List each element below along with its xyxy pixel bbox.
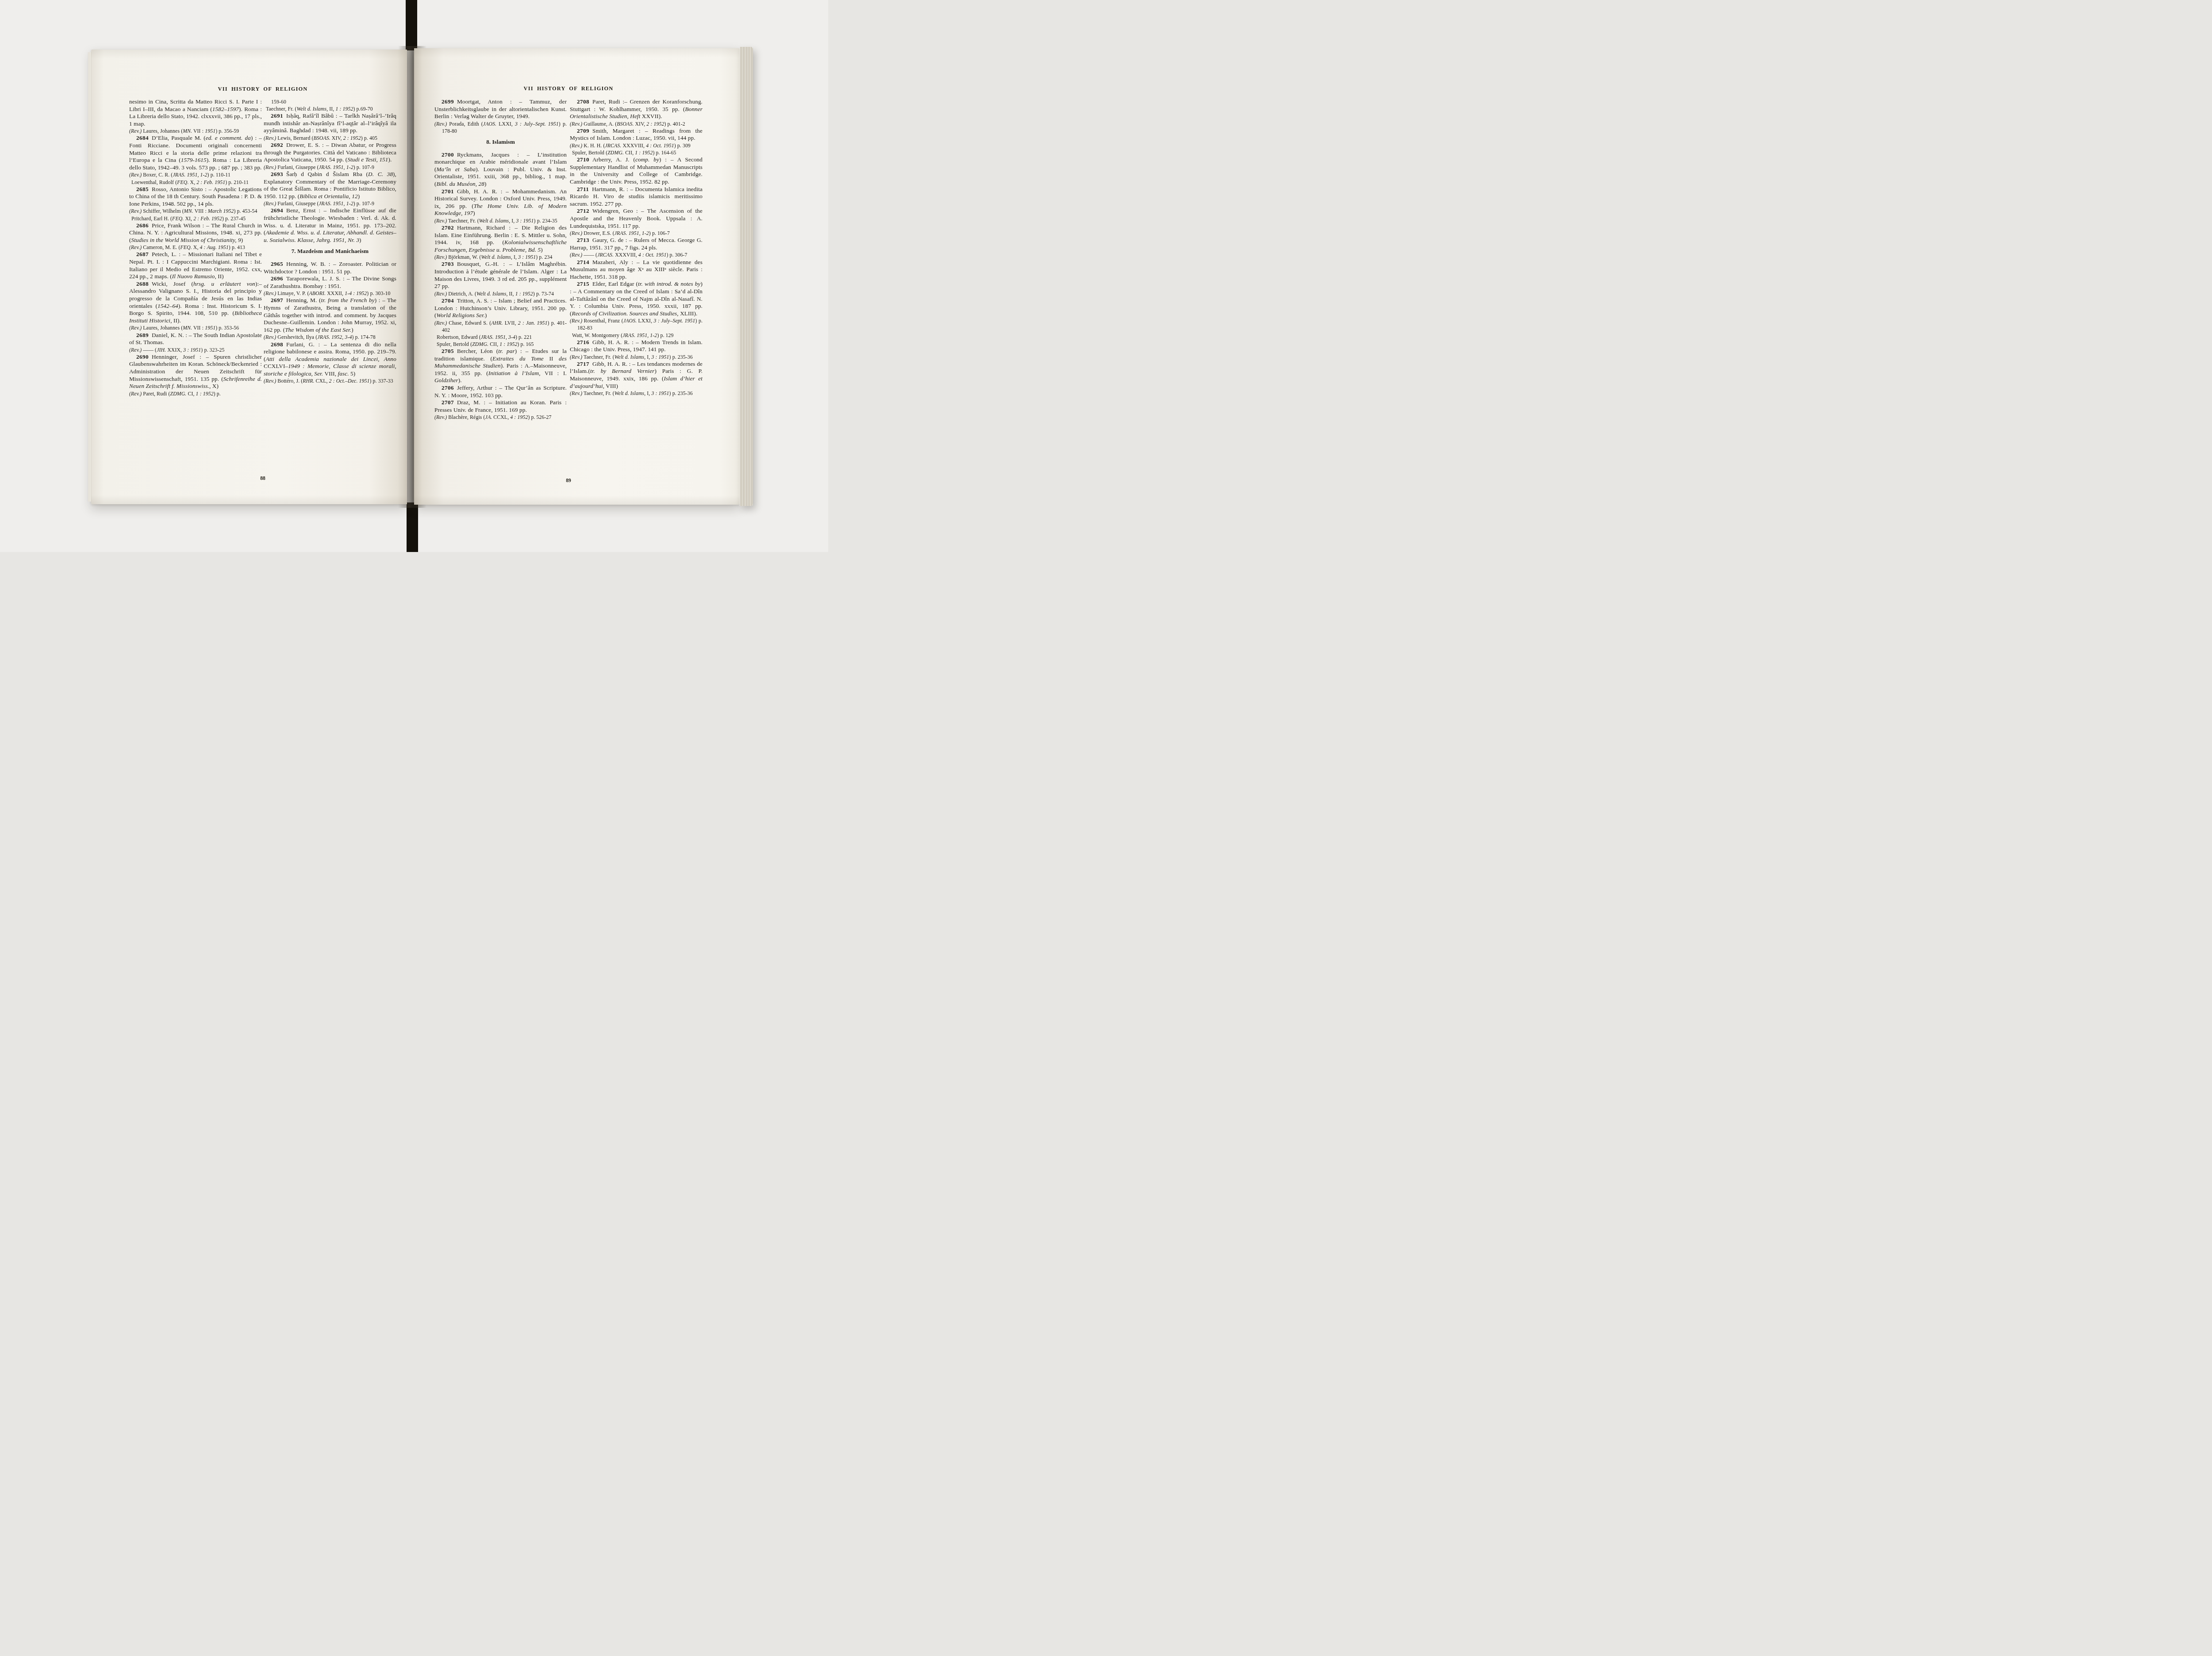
left-page-edge <box>88 52 91 502</box>
entry-number: 2692 <box>271 142 283 148</box>
review-line: Taechner, Fr. (Welt d. Islams, II, 1 : 1… <box>264 105 396 112</box>
bibliography-entry: 2707Draz, M. : – Initiation au Koran. Pa… <box>434 399 567 414</box>
review-line: Robertson, Edward (JRAS. 1951, 3-4) p. 2… <box>434 333 567 341</box>
review-line: Pritchard, Earl H. (FEQ. XI, 2 : Feb. 19… <box>129 215 262 222</box>
bibliography-entry: 2703Bousquet, G.-H. : – L’Islâm Maghrébi… <box>434 261 567 290</box>
review-line: (Rev.) Furlani, Giuseppe (JRAS. 1951, 1-… <box>264 164 396 171</box>
review-line: (Rev.) Taechner, Fr. (Welt d. Islams, I,… <box>570 390 703 397</box>
review-line: Spuler, Bertold (ZDMG. CII, 1 : 1952) p.… <box>434 341 567 348</box>
page-right: VII HISTORY OF RELIGION 2699Moortgat, An… <box>414 48 740 505</box>
review-line: (Rev.) Boxer, C. R. (JRAS. 1951, 1-2) p.… <box>129 171 262 178</box>
review-line: (Rev.) —— (JRCAS. XXXVIII, 4 : Oct. 1951… <box>570 251 703 258</box>
review-line: (Rev.) Furlani, Giuseppe (JRAS. 1951, 1-… <box>264 200 396 207</box>
spine-backdrop-bottom <box>407 502 418 552</box>
review-line: (Rev.) Laures, Johannes (MN. VII : 1951)… <box>129 324 262 331</box>
review-line: (Rev.) Taechner, Fr. (Welt d. Islams, I,… <box>434 217 567 224</box>
bibliography-entry: 2705Bercher, Léon (tr. par) : – Etudes s… <box>434 348 567 384</box>
section-heading: 7. Mazdeism and Manichaeism <box>264 248 396 255</box>
entry-number: 2708 <box>577 98 589 105</box>
bibliography-entry: 2685Rosso, Antonio Sisto : – Apostolic L… <box>129 186 262 208</box>
review-line: (Rev.) Blachère, Régis (JA. CCXL, 4 : 19… <box>434 414 567 421</box>
entry-number: 2699 <box>442 98 454 105</box>
entry-number: 2689 <box>136 332 149 338</box>
entry-number: 2691 <box>271 112 283 119</box>
entry-number: 2687 <box>136 251 149 257</box>
entry-number: 2713 <box>577 237 589 243</box>
bibliography-entry: 2684D’Elia, Pasquale M. (ed. e comment. … <box>129 134 262 171</box>
review-line: (Rev.) Laures, Johannes (MN. VII : 1951)… <box>129 127 262 134</box>
bibliography-entry: 2690Henninger, Josef : – Spuren christli… <box>129 353 262 390</box>
section-heading: 8. Islamism <box>434 138 567 146</box>
bibliography-entry: 2688Wicki, Josef (hrsg. u erläutert von)… <box>129 280 262 325</box>
entry-number: 2702 <box>442 224 454 231</box>
review-line: (Rev.) Porada, Edith (JAOS. LXXI, 3 : Ju… <box>434 120 567 134</box>
review-line: (Rev.) Taechner, Fr. (Welt d. Islams, I,… <box>570 353 703 360</box>
bibliography-entry: 2710Arberry, A. J. (comp. by) : – A Seco… <box>570 156 703 185</box>
entry-number: 2696 <box>271 275 283 282</box>
page-left: VII HISTORY OF RELIGION nesimo in Cina, … <box>91 50 407 504</box>
bibliography-entry: 2715Elder, Earl Edgar (tr. with introd. … <box>570 280 703 317</box>
bibliography-entry: 2700Ryckmans, Jacques : – L’institution … <box>434 151 567 188</box>
bibliography-entry: 2699Moortgat, Anton : – Tammuz, der Unst… <box>434 98 567 120</box>
bibliography-entry: 2701Gibb, H. A. R. : – Mohammedanism. An… <box>434 188 567 217</box>
running-header-right: VII HISTORY OF RELIGION <box>434 85 703 92</box>
entry-number: 2694 <box>271 207 283 214</box>
bibliography-entry: 2691Isḥâq, Rafâ’îl Bâbû : – Tarîkh Naṣâr… <box>264 112 396 134</box>
entry-number: 2716 <box>577 339 589 345</box>
entry-number: 2685 <box>136 186 149 192</box>
entry-number: 2712 <box>577 207 589 214</box>
bibliography-entry: 2697Henning, M. (tr. from the French by)… <box>264 297 396 333</box>
bibliography-entry: 2965Henning, W. B. : – Zoroaster. Politi… <box>264 261 396 275</box>
entry-number: 2709 <box>577 127 589 134</box>
entry-number: 2700 <box>442 151 454 158</box>
bibliography-entry: 2706Jeffery, Arthur : – The Qur’ân as Sc… <box>434 384 567 399</box>
book-scan: VII HISTORY OF RELIGION nesimo in Cina, … <box>0 0 828 552</box>
running-header-left: VII HISTORY OF RELIGION <box>129 86 396 92</box>
bibliography-entry: 2686Price, Frank Wilson : – The Rural Ch… <box>129 222 262 244</box>
spine-backdrop-top <box>406 0 417 50</box>
bibliography-entry: 2709Smith, Margaret : – Readings from th… <box>570 127 703 142</box>
page-number-right: 89 <box>434 478 703 483</box>
review-line: (Rev.) Paret, Rudi (ZDMG. CI, 1 : 1952) … <box>129 390 262 397</box>
entry-number: 2717 <box>577 360 589 367</box>
review-line: (Rev.) Rosenthal, Franz (JAOS. LXXI, 3 :… <box>570 317 703 331</box>
review-line: (Rev.) K. H. H. (JRCAS. XXXVIII, 4 : Oct… <box>570 142 703 149</box>
entry-number: 2688 <box>136 280 149 287</box>
bibliography-entry: 2702Hartmann, Richard : – Die Religion d… <box>434 224 567 253</box>
page-edge-stack <box>740 47 753 506</box>
entry-number: 2686 <box>136 222 149 229</box>
bibliography-entry: 2704Tritton, A. S. : – Islam ; Belief an… <box>434 297 567 319</box>
entry-number: 2684 <box>136 134 149 141</box>
entry-number: 2706 <box>442 384 454 391</box>
right-page-column-1: 2699Moortgat, Anton : – Tammuz, der Unst… <box>434 98 567 502</box>
entry-number: 2714 <box>577 259 589 265</box>
left-page-column-2: 159-60Taechner, Fr. (Welt d. Islams, II,… <box>264 98 396 502</box>
bibliography-entry: 2717Gibb, H. A. R. : – Les tendances mod… <box>570 360 703 390</box>
review-line: Loewenthal, Rudolf (FEQ. X, 2 : Feb. 195… <box>129 179 262 186</box>
entry-number: 2715 <box>577 280 589 287</box>
bibliography-entry: 2689Daniel, K. N. : – The South Indian A… <box>129 332 262 346</box>
review-line: 159-60 <box>264 98 396 105</box>
entry-number: 2690 <box>136 353 149 360</box>
entry-number: 2707 <box>442 399 454 406</box>
bibliography-entry: 2716Gibb, H. A. R. : – Modern Trends in … <box>570 339 703 353</box>
bibliography-entry: 2698Furlani, G. : – La sentenza di dio n… <box>264 341 396 378</box>
bibliography-entry: 2711Hartmann, R. : – Documenta Islamica … <box>570 186 703 208</box>
review-line: (Rev.) Bottéro, J. (RHR. CXL, 2 : Oct.–D… <box>264 377 396 384</box>
review-line: Spuler, Bertold (ZDMG. CII, 1 : 1952) p.… <box>570 149 703 156</box>
right-page-column-2: 2708Paret, Rudi :– Grenzen der Koranfors… <box>570 98 703 502</box>
review-line: (Rev.) Gershevitch, Ilya (JRAS. 1952, 3-… <box>264 333 396 341</box>
page-number-left: 88 <box>129 476 396 481</box>
review-line: (Rev.) —— (JIH. XXIX, 3 : 1951) p. 323-2… <box>129 346 262 353</box>
entry-continuation: nesimo in Cina, Scritta da Matteo Ricci … <box>129 98 262 127</box>
review-line: Watt, W. Montgomery (JRAS. 1951, 1-2) p.… <box>570 332 703 339</box>
review-line: (Rev.) Limaye, V. P. (ABORI. XXXII, 1-4 … <box>264 290 396 297</box>
entry-number: 2711 <box>577 186 589 192</box>
review-line: (Rev.) Schiffer, Wilhelm (MN. VIII : Mar… <box>129 207 262 215</box>
entry-number: 2697 <box>271 297 283 303</box>
review-line: (Rev.) Dietrich, A. (Welt d. Islams, II,… <box>434 290 567 297</box>
bibliography-entry: 2696Taraporewala, L. J. S. : – The Divin… <box>264 275 396 290</box>
entry-number: 2710 <box>577 156 589 163</box>
review-line: (Rev.) Drower, E.S. (JRAS. 1951, 1-2) p.… <box>570 230 703 237</box>
review-line: (Rev.) Björkman, W. (Welt d. Islams, I, … <box>434 253 567 261</box>
bibliography-entry: 2692Drower, E. S. : – Diwan Abatur, or P… <box>264 142 396 164</box>
entry-number: 2704 <box>442 297 454 304</box>
bibliography-entry: 2687Petech, L. : – Missionari Italiani n… <box>129 251 262 280</box>
bibliography-entry: 2694Benz, Ernst : – Indische Einflüsse a… <box>264 207 396 244</box>
bibliography-entry: 2693Šarḥ d Qabin d Šislam Rba (D. C. 38)… <box>264 171 396 200</box>
review-line: (Rev.) Cameron, M. E. (FEQ. X, 4 : Aug. … <box>129 244 262 251</box>
bibliography-entry: 2708Paret, Rudi :– Grenzen der Koranfors… <box>570 98 703 120</box>
entry-number: 2705 <box>442 348 454 354</box>
entry-number: 2698 <box>271 341 283 348</box>
entry-number: 2965 <box>271 261 283 267</box>
review-line: (Rev.) Lewis, Bernard (BSOAS. XIV, 2 : 1… <box>264 134 396 142</box>
entry-number: 2701 <box>442 188 454 195</box>
bibliography-entry: 2713Gaury, G. de : – Rulers of Mecca. Ge… <box>570 237 703 251</box>
entry-number: 2703 <box>442 261 454 267</box>
bibliography-entry: 2714Mazaheri, Aly : – La vie quotidienne… <box>570 259 703 281</box>
bibliography-entry: 2712Widengren, Geo : – The Ascension of … <box>570 207 703 230</box>
review-line: (Rev.) Chase, Edward S. (AHR. LVII, 2 : … <box>434 319 567 333</box>
entry-number: 2693 <box>271 171 283 177</box>
left-page-column-1: nesimo in Cina, Scritta da Matteo Ricci … <box>129 98 262 502</box>
review-line: (Rev.) Guillaume, A. (BSOAS. XIV, 2 : 19… <box>570 120 703 127</box>
